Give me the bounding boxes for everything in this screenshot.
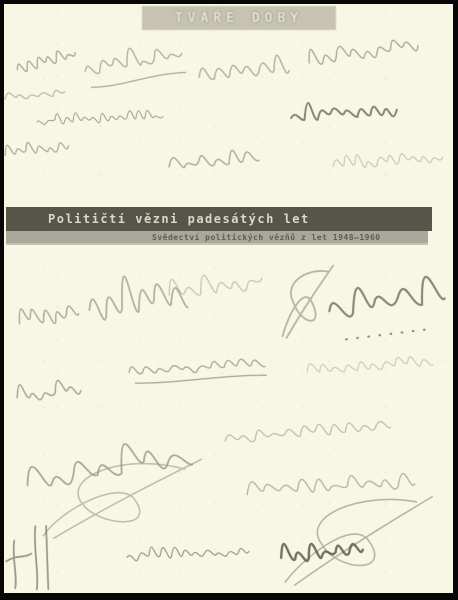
signature [305,23,422,82]
book-cover-scan: TVÁŘE DOBY Političtí vězni padesátých le… [0,0,458,600]
signature [324,260,449,342]
signature [14,371,83,414]
signature [331,142,445,180]
signature [127,349,266,386]
signature [36,106,165,132]
signature [289,89,399,137]
signature [11,34,81,88]
signature [126,539,251,569]
signatures-layer [4,4,453,593]
signature [166,138,261,184]
subtitle-strip: Svědectví politických vězňů z let 1948–1… [6,231,428,245]
signature [13,282,84,350]
signature [3,522,77,592]
signature [196,43,292,98]
signature [3,81,67,110]
book-title: Političtí vězni padesátých let [48,212,310,226]
cover-paper: TVÁŘE DOBY Političtí vězni padesátých le… [4,4,453,593]
signature [223,413,392,452]
signature [81,32,186,91]
book-subtitle: Svědectví politických vězňů z let 1948–1… [152,233,381,242]
title-band: Političtí vězni padesátých let [6,207,432,231]
signature [305,351,434,382]
signature [2,131,71,168]
